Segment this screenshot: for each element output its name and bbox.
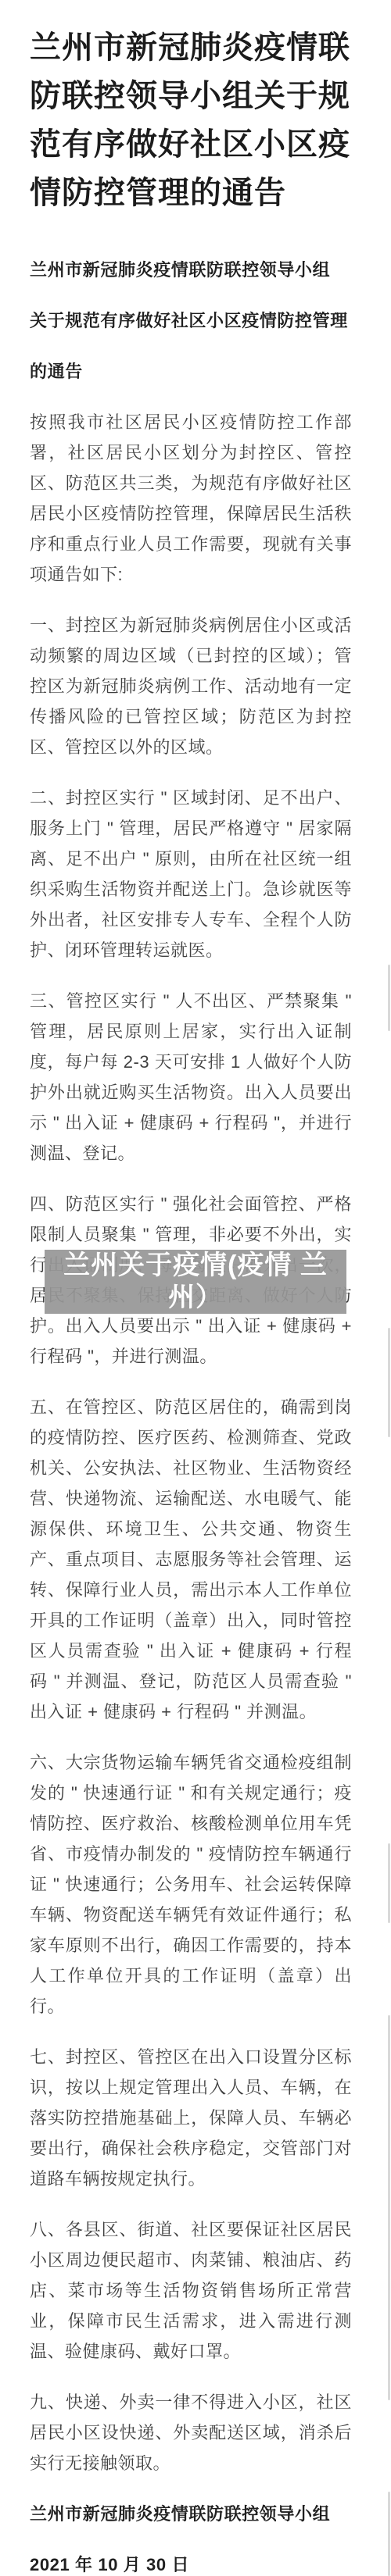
scrollbar-thumb[interactable] [388, 1328, 390, 1437]
paragraph-item-3: 三、管控区实行 " 人不出区、严禁聚集 " 管理，居民原则上居家，实行出入证制度… [30, 986, 352, 1168]
article-content: 兰州市新冠肺炎疫情联防联控领导小组关于规范有序做好社区小区疫情防控管理的通告 兰… [0, 0, 391, 2576]
paragraph-item-6: 六、大宗货物运输车辆凭省交通检疫组制发的 " 快速通行证 " 和有关规定通行；疫… [30, 1747, 352, 2021]
scrollbar-thumb[interactable] [388, 1843, 390, 1923]
paragraph-item-7: 七、封控区、管控区在出入口设置分区标识，按以上规定管理出入人员、车辆，在落实防控… [30, 2042, 352, 2194]
paragraph-item-4: 四、防范区实行 " 强化社会面管控、严格限制人员聚集 " 管理，非必要不外出，实… [30, 1189, 352, 1372]
footer-date: 2021 年 10 月 30 日 [30, 2549, 352, 2576]
scrollbar-thumb[interactable] [388, 2015, 390, 2400]
page-title: 兰州市新冠肺炎疫情联防联控领导小组关于规范有序做好社区小区疫情防控管理的通告 [30, 23, 352, 217]
paragraph-item-2: 二、封控区实行 " 区域封闭、足不出户、服务上门 " 管理，居民严格遵守 " 居… [30, 783, 352, 965]
footer-signature-org: 兰州市新冠肺炎疫情联防联控领导小组 [30, 2499, 352, 2529]
subtitle-org-line: 兰州市新冠肺炎疫情联防联控领导小组 [30, 255, 352, 285]
paragraph-item-8: 八、各县区、街道、社区要保证社区居民小区周边便民超市、肉菜铺、粮油店、药店、菜市… [30, 2214, 352, 2367]
subtitle-suffix-line: 的通告 [30, 356, 352, 387]
paragraph-item-5: 五、在管控区、防范区居住的，确需到岗的疫情防控、医疗医药、检测筛查、党政机关、公… [30, 1392, 352, 1727]
scrollbar-thumb[interactable] [388, 2492, 390, 2576]
paragraph-item-1: 一、封控区为新冠肺炎病例居住小区或活动频繁的周边区域（已封控的区域）；管控区为新… [30, 610, 352, 762]
subtitle-subject-line: 关于规范有序做好社区小区疫情防控管理 [30, 305, 352, 336]
scrollbar-thumb[interactable] [388, 965, 390, 1031]
paragraph-intro: 按照我市社区居民小区疫情防控工作部署，社区居民小区划分为封控区、管控区、防范区共… [30, 407, 352, 590]
notice-page: 兰州市新冠肺炎疫情联防联控领导小组关于规范有序做好社区小区疫情防控管理的通告 兰… [0, 0, 391, 2576]
paragraph-item-4-wrap: 四、防范区实行 " 强化社会面管控、严格限制人员聚集 " 管理，非必要不外出，实… [30, 1189, 352, 1372]
paragraph-item-9: 九、快递、外卖一律不得进入小区，社区居民小区设快递、外卖配送区域，消杀后实行无接… [30, 2387, 352, 2478]
